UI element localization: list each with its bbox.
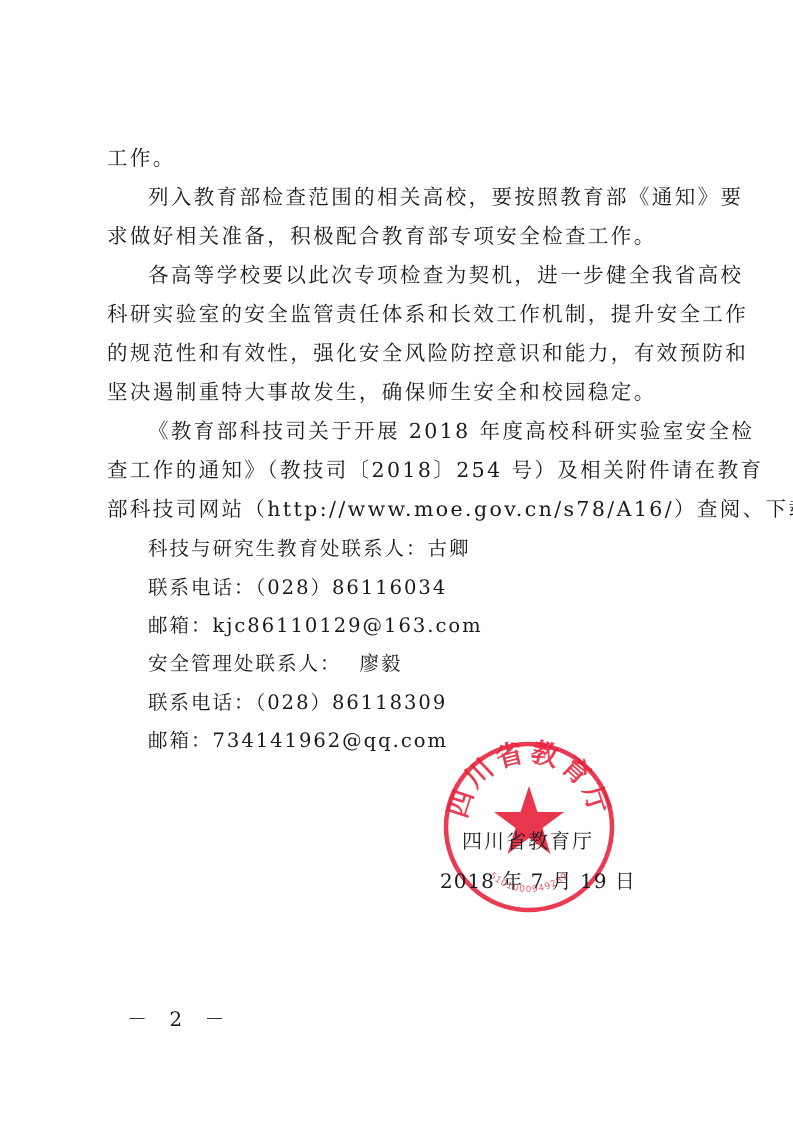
text-line-wrap: 列入教育部检查范围的相关高校，要按照教育部《通知》要 xyxy=(107,178,699,217)
document-page: 工作。 列入教育部检查范围的相关高校，要按照教育部《通知》要 求做好相关准备，积… xyxy=(0,0,793,1122)
contact-research-office: 科技与研究生教育处联系人：古卿 xyxy=(148,529,471,568)
text-line: 列入教育部检查范围的相关高校，要按照教育部《通知》要 xyxy=(148,185,743,209)
paragraph-safety-mechanism: 各高等学校要以此次专项检查为契机，进一步健全我省高校 科研实验室的安全监管责任体… xyxy=(107,256,699,412)
text-line: 坚决遏制重特大事故发生，确保师生安全和校园稳定。 xyxy=(107,373,699,412)
contact-label: 邮箱： xyxy=(148,614,213,637)
contact-label: 联系电话： xyxy=(148,576,256,599)
contact-value: （028）86116034 xyxy=(256,576,448,599)
text-line-wrap: 《教育部科技司关于开展 2018 年度高校科研实验室安全检 xyxy=(107,412,699,451)
paragraph-inspection-prep: 列入教育部检查范围的相关高校，要按照教育部《通知》要 求做好相关准备，积极配合教… xyxy=(107,178,699,256)
signature-organization: 四川省教育厅 xyxy=(462,825,594,854)
page-number: － 2 － xyxy=(127,1003,232,1032)
contact-value: 古卿 xyxy=(428,537,471,560)
text-line: 部科技司网站（http://www.moe.gov.cn/s78/A16/）查阅… xyxy=(107,490,699,529)
text-line: 科研实验室的安全监管责任体系和长效工作机制，提升安全工作 xyxy=(107,295,699,334)
text-line: 查工作的通知》（教技司〔2018〕254 号）及相关附件请在教育 xyxy=(107,451,699,490)
text-line: 求做好相关准备，积极配合教育部专项安全检查工作。 xyxy=(107,217,699,256)
contact-value: 734141962@qq.com xyxy=(213,729,448,752)
paragraph-notice-reference: 《教育部科技司关于开展 2018 年度高校科研实验室安全检 查工作的通知》（教技… xyxy=(107,412,699,529)
paragraph-continuation: 工作。 xyxy=(107,139,699,178)
contact-safety-email: 邮箱：734141962@qq.com xyxy=(148,721,448,760)
contact-label: 邮箱： xyxy=(148,729,213,752)
text-line-wrap: 各高等学校要以此次专项检查为契机，进一步健全我省高校 xyxy=(107,256,699,295)
text-line: 的规范性和有效性，强化安全风险防控意识和能力，有效预防和 xyxy=(107,334,699,373)
contact-label: 安全管理处联系人： xyxy=(148,652,342,675)
text-line: 各高等学校要以此次专项检查为契机，进一步健全我省高校 xyxy=(148,263,743,287)
contact-safety-phone: 联系电话：（028）86118309 xyxy=(148,683,447,722)
contact-label: 科技与研究生教育处联系人： xyxy=(148,537,428,560)
contact-research-phone: 联系电话：（028）86116034 xyxy=(148,568,447,607)
contact-research-email: 邮箱：kjc86110129@163.com xyxy=(148,606,483,645)
contact-value: kjc86110129@163.com xyxy=(213,614,483,637)
text-line: 《教育部科技司关于开展 2018 年度高校科研实验室安全检 xyxy=(148,419,754,443)
contact-label: 联系电话： xyxy=(148,691,256,714)
signature-date: 2018 年 7 月 19 日 xyxy=(440,865,636,894)
contact-value: （028）86118309 xyxy=(256,691,448,714)
text-line: 工作。 xyxy=(107,139,699,178)
contact-safety-office: 安全管理处联系人：廖毅 xyxy=(148,644,403,683)
contact-value: 廖毅 xyxy=(360,652,403,675)
